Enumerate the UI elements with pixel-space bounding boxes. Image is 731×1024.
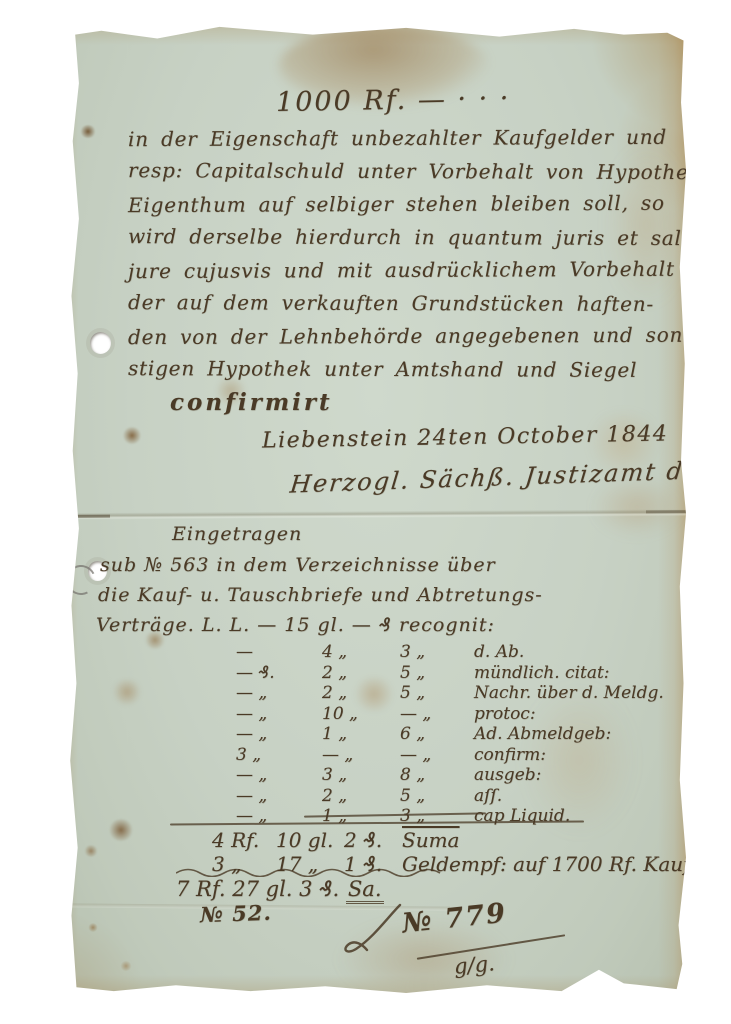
ledger-cell: 5 „ [400,786,474,806]
ledger-cell: — „ [236,786,322,806]
body-line: den von der Lehnbehörde angegebenen und … [128,319,638,354]
ledger-cell: 3 „ [322,765,400,785]
ledger-cell: — [236,642,322,662]
sum-cell: 4 Rf. [212,828,276,852]
authority-signature: Herzogl. Sächß. Justizamt das. [289,455,726,498]
body-line: Eigenthum auf selbiger stehen bleiben so… [128,187,638,222]
stain [120,961,132,971]
ledger-label: cap Liquid. [474,806,664,826]
body-line: resp: Capitalschuld unter Vorbehalt von … [128,154,638,189]
registration-line: Verträge. L. L. — 15 gl. — ₰ recognit: [96,614,495,636]
registration-title: Eingetragen [172,523,302,545]
ledger-cell: 4 „ [322,642,400,662]
punch-hole-top [90,332,111,354]
ledger-cell: — ₰. [236,663,322,683]
confirmation-word: confirmirt [170,389,333,416]
stain [122,427,142,444]
ledger-cell: — „ [322,745,400,765]
document-number-left: № 52. [200,900,273,927]
ledger-cell: — „ [400,704,474,724]
sum-cell: 3 ₰. [299,877,339,901]
grand-total-row: 7 Rf. 27 gl. 3 ₰. Sa. [176,877,384,901]
ledger-cell: 6 „ [400,724,474,744]
ledger-label: Nachr. über d. Meldg. [474,683,664,703]
ledger-row: — 4 „ 3 „ d. Ab. [236,642,664,663]
registration-line: sub № 563 in dem Verzeichnisse über [100,554,496,576]
ledger-cell: — „ [236,704,322,724]
body-line: jure cujusvis und mit ausdrücklichem Vor… [128,253,638,288]
ledger-cell: — „ [236,765,322,785]
ledger-label: aſſ. [474,786,664,806]
body-line: der auf dem verkauften Grundstücken haft… [128,286,638,321]
ledger-cell: — „ [236,724,322,744]
place-date-line: Liebenstein 24ten October 1844 [262,421,669,453]
sum-label: Sa. [346,877,384,904]
ledger-cell: 5 „ [400,663,474,683]
stain [88,923,98,932]
ledger-cell: 2 „ [322,786,400,806]
wavy-rule [176,867,456,877]
registration-line: die Kauf- u. Tauschbriefe und Abtretungs… [98,584,543,606]
ledger-label: Ad. Abmeldgeb: [474,724,664,744]
ledger-cell: 2 „ [322,683,400,703]
ledger-label: mündlich. citat: [474,663,664,683]
manuscript-page: 1000 Rf. — · · · in der Eigenschaft unbe… [64,25,686,993]
ledger-cell: 3 „ [236,745,322,765]
stain [80,125,96,138]
ledger-row: — „ 3 „ 8 „ ausgeb: [236,765,664,786]
ledger-label: confirm: [474,745,664,765]
sum-label: Suma [402,828,731,852]
fee-ledger: — 4 „ 3 „ d. Ab. — ₰. 2 „ 5 „ mündlich. … [236,642,664,827]
body-line: wird derselbe hierdurch in quantum juris… [128,220,638,255]
ledger-row: — ₰. 2 „ 5 „ mündlich. citat: [236,663,664,684]
sum-cell: 10 gl. [276,828,344,852]
ledger-label: ausgeb: [474,765,664,785]
fold-crease [64,509,686,520]
body-line: in der Eigenschaft unbezahlter Kaufgelde… [128,121,638,156]
stain [84,845,98,857]
sum-cell: 7 Rf. [176,877,226,901]
ledger-cell: 8 „ [400,765,474,785]
ledger-row: 3 „ — „ — „ confirm: [236,745,664,766]
ledger-row: — „ 10 „ — „ protoc: [236,704,664,725]
scanned-document: 1000 Rf. — · · · in der Eigenschaft unbe… [0,0,731,1024]
amount-heading: 1000 Rf. — · · · [276,83,511,118]
stain [112,679,142,705]
clerk-initials: g/g. [453,951,496,978]
ledger-row: — „ 2 „ 5 „ aſſ. [236,786,664,807]
ledger-cell: 1 „ [322,724,400,744]
ledger-cell: — „ [236,683,322,703]
sum-row: 4 Rf. 10 gl. 2 ₰. Suma [212,828,731,852]
ledger-label: d. Ab. [474,642,664,662]
sum-cell: 2 ₰. [344,828,402,852]
body-paragraph: in der Eigenschaft unbezahlter Kaufgelde… [128,122,638,386]
document-number-right: № 779 [401,898,509,940]
ledger-row: — „ 1 „ 6 „ Ad. Abmeldgeb: [236,724,664,745]
ledger-row: — „ 2 „ 5 „ Nachr. über d. Meldg. [236,683,664,704]
ledger-cell: 2 „ [322,663,400,683]
ledger-label: protoc: [474,704,664,724]
ledger-cell: 3 „ [400,642,474,662]
ledger-cell: 5 „ [400,683,474,703]
ledger-cell: — „ [400,745,474,765]
sum-cell: 27 gl. [232,877,292,901]
stain [108,819,134,841]
signature-paraph [340,903,404,961]
ledger-cell: 10 „ [322,704,400,724]
body-line: stigen Hypothek unter Amtshand und Siege… [128,352,638,387]
